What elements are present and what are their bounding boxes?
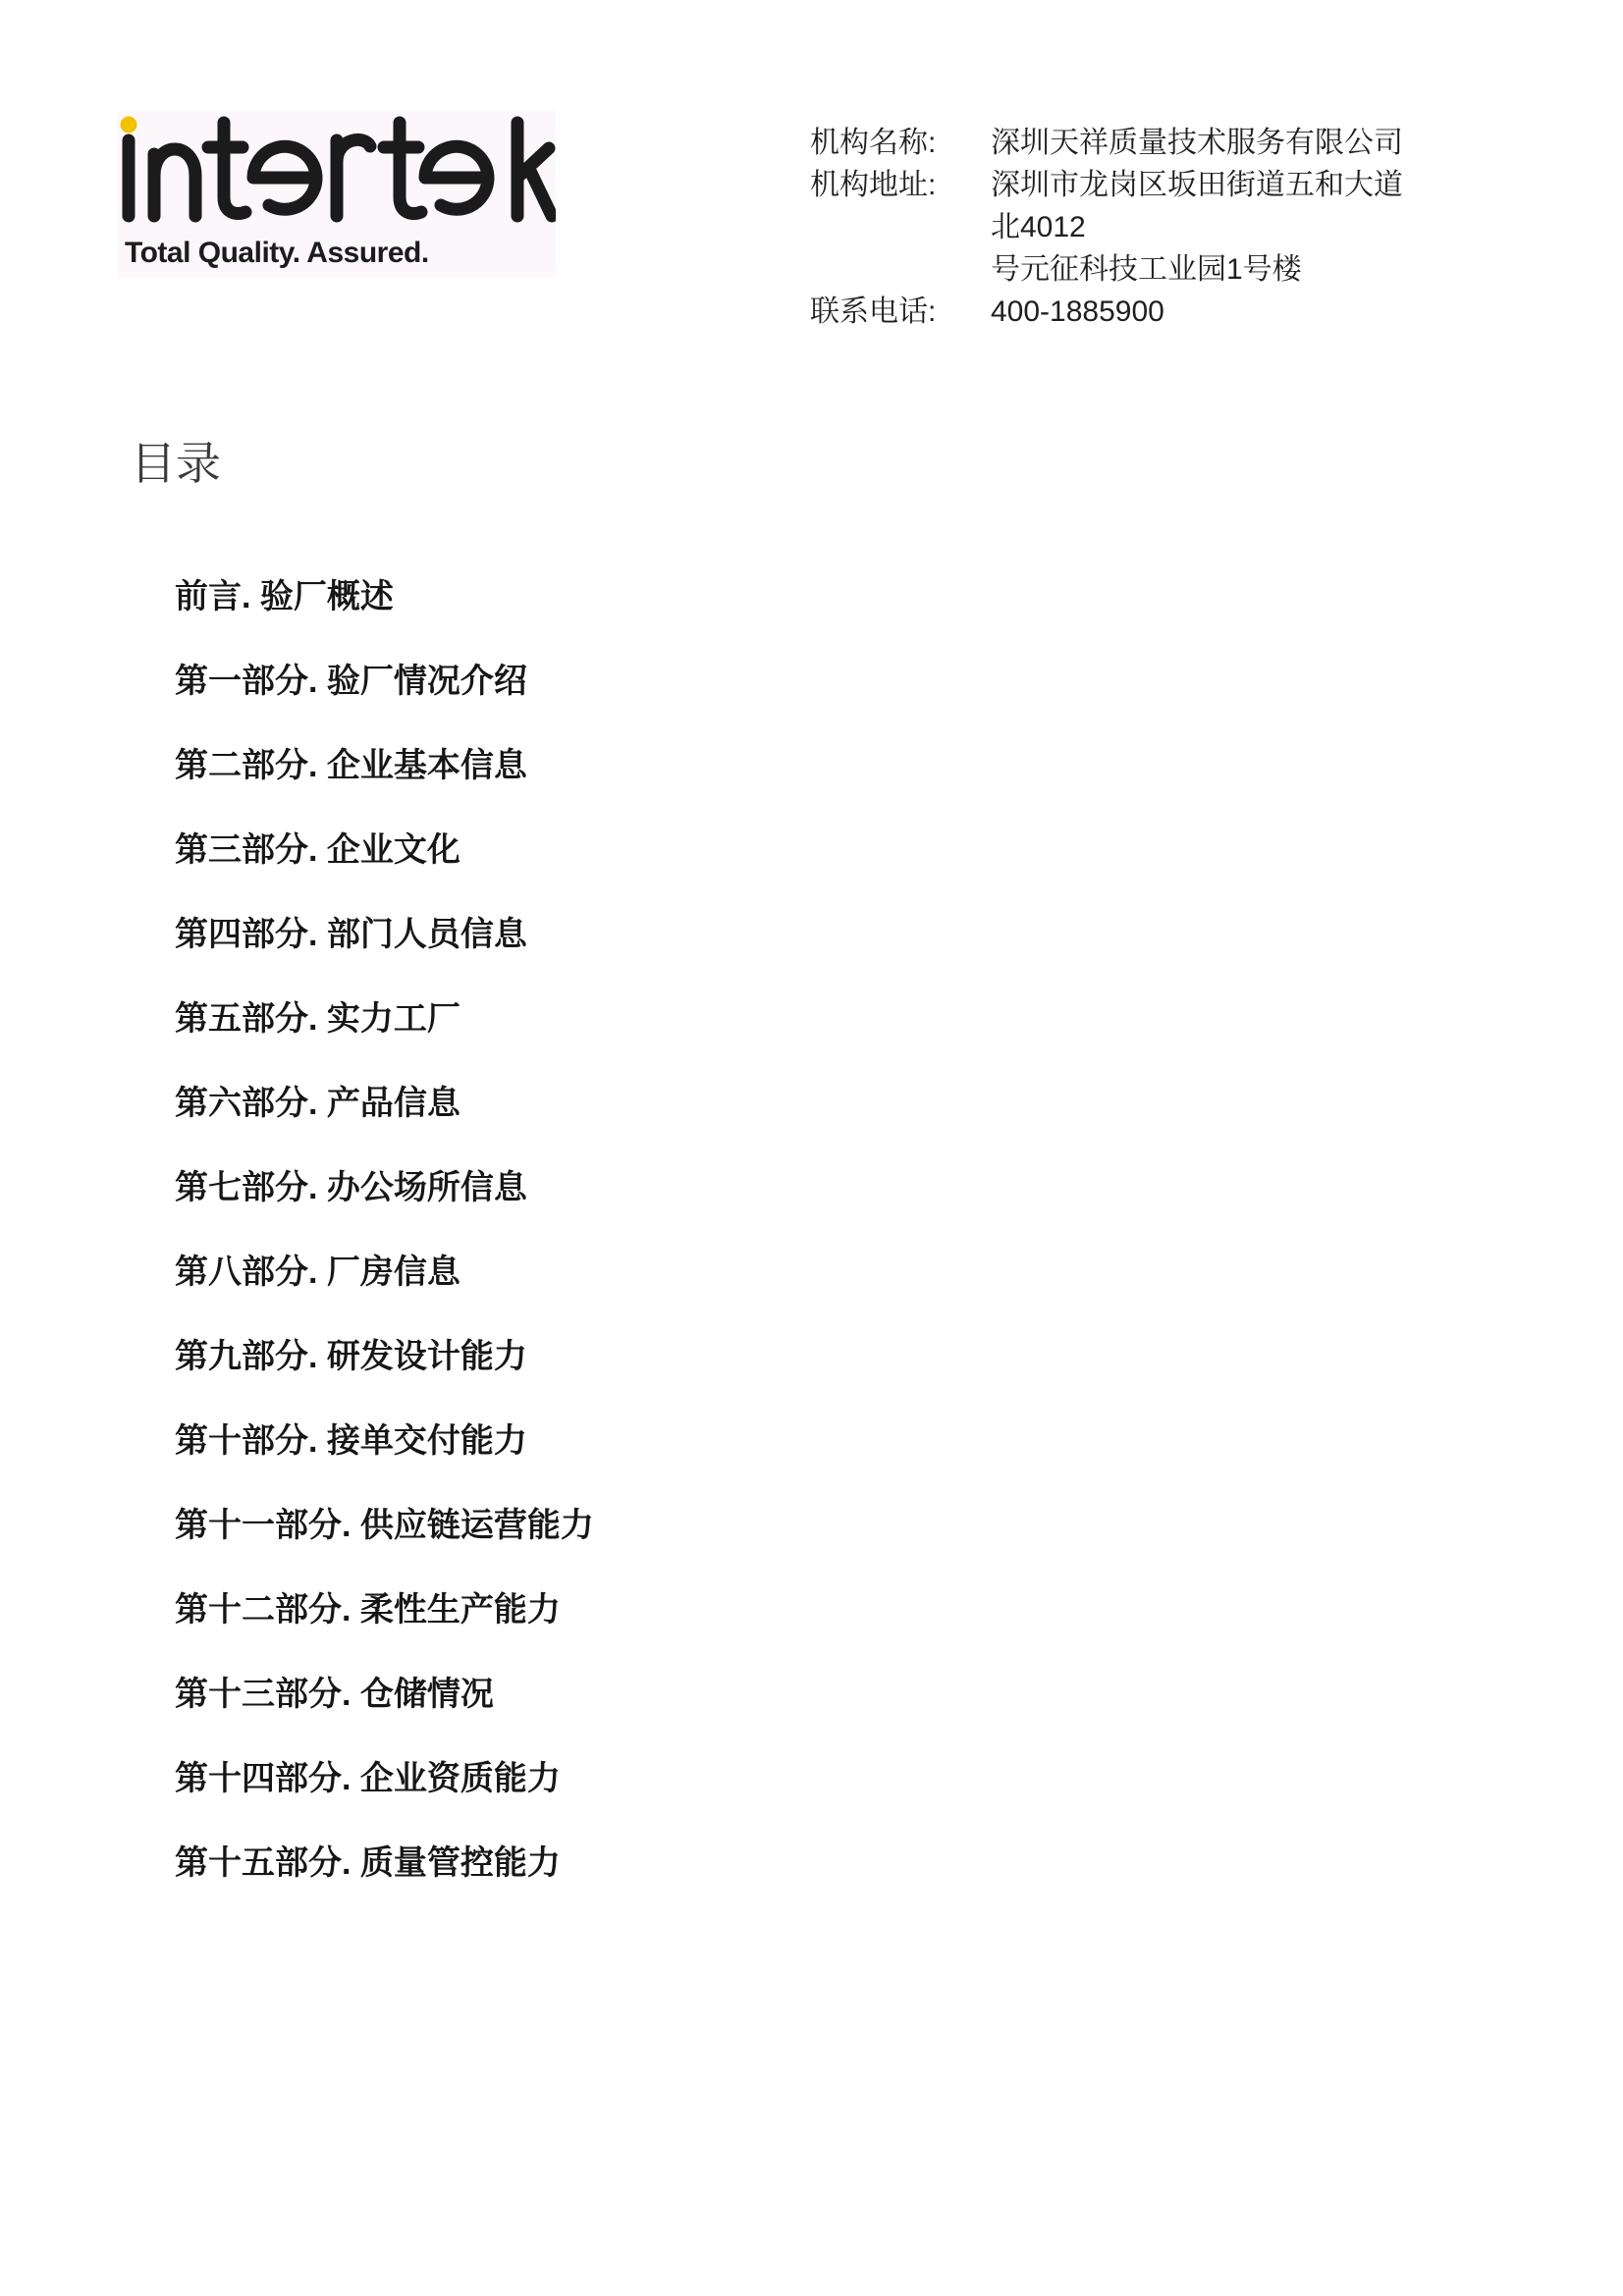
toc-item: 第九部分. 研发设计能力 — [175, 1340, 594, 1373]
org-phone-label: 联系电话: — [810, 291, 991, 333]
org-address-line-1: 深圳市龙岗区坂田街道五和大道北4012 — [991, 164, 1403, 248]
toc-item: 第六部分. 产品信息 — [175, 1087, 594, 1120]
intertek-logo-block: Total Quality. Assured. — [117, 111, 556, 278]
toc-item: 第十四部分. 企业资质能力 — [175, 1762, 594, 1795]
toc-item: 第五部分. 实力工厂 — [175, 1002, 594, 1036]
toc-item: 前言. 验厂概述 — [175, 580, 594, 614]
logo-yellow-dot-icon — [121, 117, 137, 133]
org-name-value: 深圳天祥质量技术服务有限公司 — [991, 122, 1403, 164]
toc-item: 第十三部分. 仓储情况 — [175, 1678, 594, 1711]
toc-item: 第十部分. 接单交付能力 — [175, 1424, 594, 1458]
toc-item: 第四部分. 部门人员信息 — [175, 918, 594, 951]
toc-heading: 目录 — [131, 439, 221, 489]
toc-list: 前言. 验厂概述 第一部分. 验厂情况介绍 第二部分. 企业基本信息 第三部分.… — [175, 580, 594, 1931]
toc-item: 第二部分. 企业基本信息 — [175, 749, 594, 782]
org-address-value: 深圳市龙岗区坂田街道五和大道北4012 号元征科技工业园1号楼 — [991, 164, 1403, 291]
organization-info: 机构名称: 深圳天祥质量技术服务有限公司 机构地址: 深圳市龙岗区坂田街道五和大… — [810, 122, 1403, 333]
logo-tagline: Total Quality. Assured. — [125, 237, 429, 270]
toc-item: 第十二部分. 柔性生产能力 — [175, 1593, 594, 1627]
org-name-label: 机构名称: — [810, 122, 991, 164]
document-page: Total Quality. Assured. 机构名称: 深圳天祥质量技术服务… — [0, 0, 1623, 2296]
org-address-label: 机构地址: — [810, 164, 991, 291]
toc-item: 第三部分. 企业文化 — [175, 833, 594, 867]
org-address-line-2: 号元征科技工业园1号楼 — [991, 248, 1403, 291]
toc-item: 第七部分. 办公场所信息 — [175, 1171, 594, 1204]
toc-item: 第十五部分. 质量管控能力 — [175, 1846, 594, 1880]
toc-item: 第八部分. 厂房信息 — [175, 1255, 594, 1289]
toc-item: 第十一部分. 供应链运营能力 — [175, 1509, 594, 1542]
org-phone-value: 400-1885900 — [991, 291, 1403, 333]
toc-item: 第一部分. 验厂情况介绍 — [175, 665, 594, 698]
